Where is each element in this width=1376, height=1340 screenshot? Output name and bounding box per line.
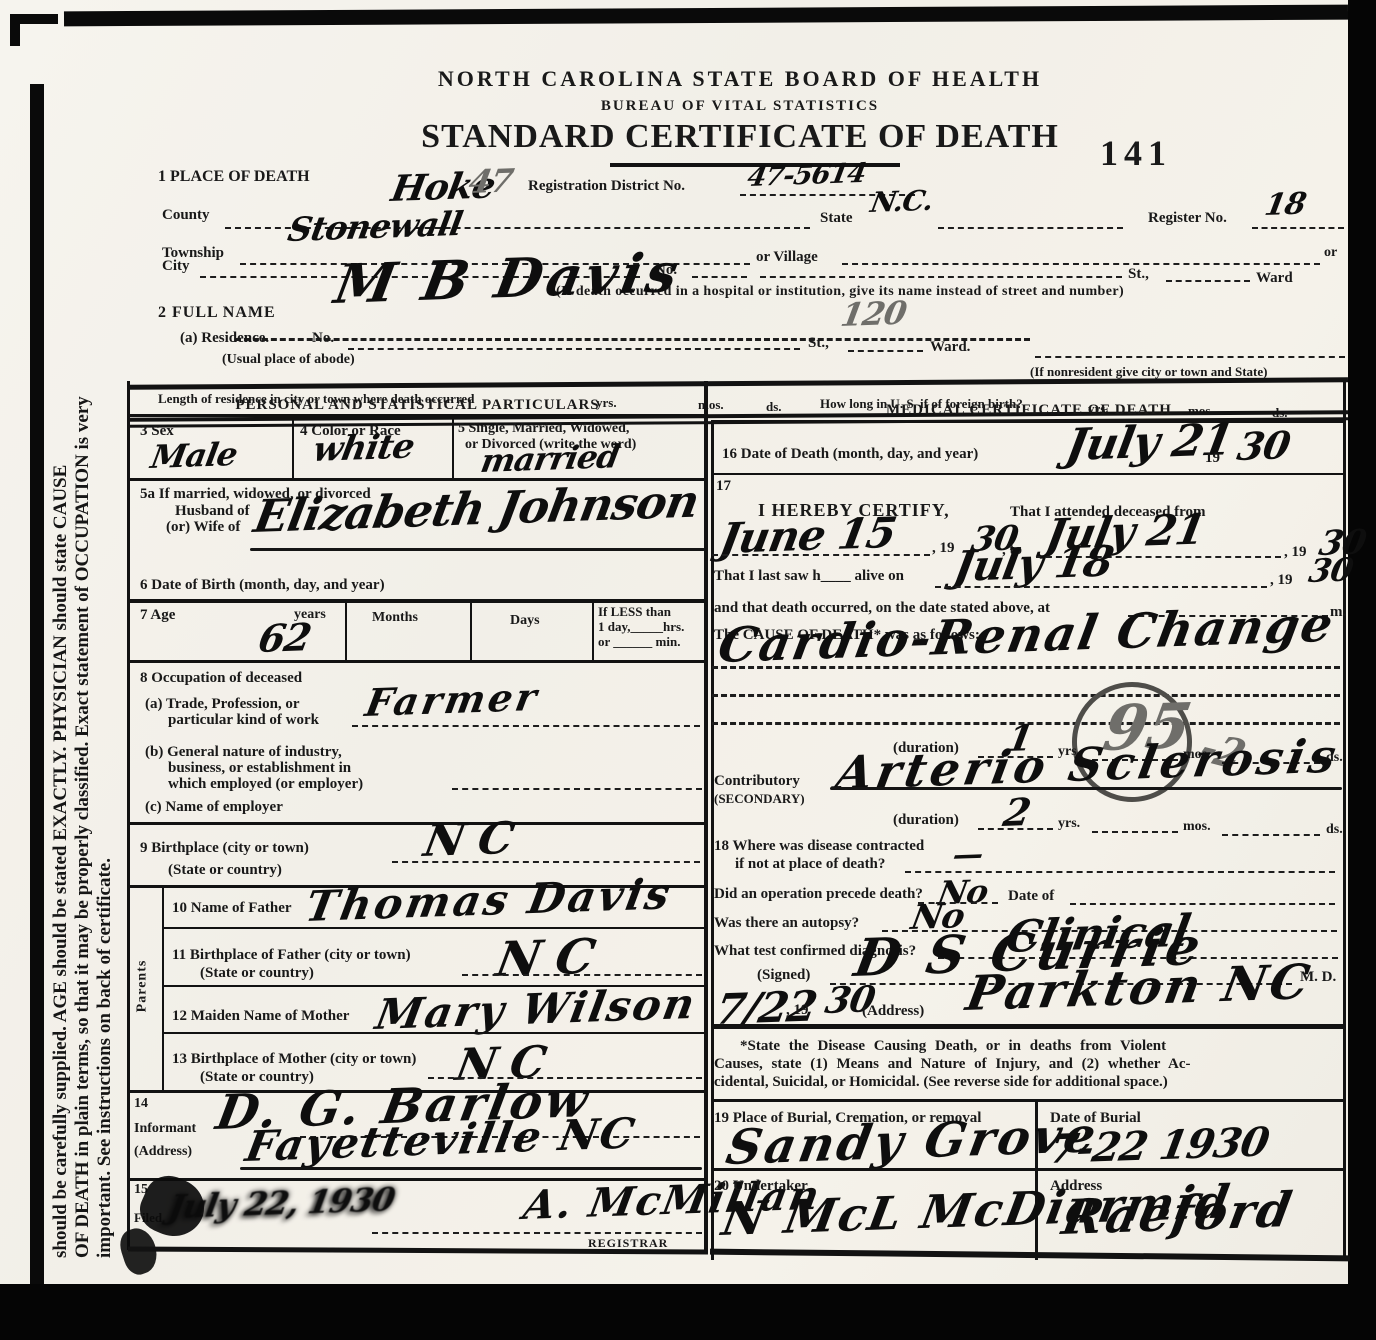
rule [128, 414, 706, 417]
dob-label: 6 Date of Birth (month, day, and year) [140, 577, 385, 594]
leader-line [760, 276, 1122, 278]
rule [128, 660, 706, 663]
age-less-label-3: or ______ min. [598, 634, 680, 650]
date-of-death-19: 19 [1205, 450, 1220, 467]
leader-line [935, 586, 1267, 588]
residence-ward-label: Ward. [930, 339, 970, 356]
secondary-label: (SECONDARY) [714, 791, 805, 807]
age-value: 62 [255, 614, 314, 661]
table-center-rule-a [704, 381, 708, 1253]
mother-name-label: 12 Maiden Name of Mother [172, 1008, 349, 1025]
rule [711, 420, 1345, 423]
table-right-border [1343, 381, 1346, 1261]
residence-label: (a) Residence. [180, 330, 269, 347]
from-19: , 19 [932, 540, 955, 557]
leader-line [235, 338, 1030, 341]
leader-line [1070, 903, 1335, 905]
to-19: , 19 [1284, 544, 1307, 561]
leader-line [712, 666, 1340, 669]
registration-district-value: 47-5614 [745, 158, 868, 193]
undertaker-address-value: Raeford [1058, 1182, 1298, 1246]
county-label: County [162, 207, 210, 224]
state-label: State [820, 210, 853, 227]
marital-value: married [478, 437, 622, 480]
occupation-a-label-2: particular kind of work [168, 712, 319, 729]
operation-label: Did an operation precede death? [714, 886, 923, 903]
scanned-death-certificate: should be carefully supplied. AGE should… [0, 0, 1376, 1340]
city-st-label: St., [1128, 266, 1149, 283]
full-name-value: M B Davis [330, 240, 687, 316]
rule [162, 1032, 706, 1034]
writing-line [250, 548, 705, 551]
item-17: 17 [716, 478, 731, 495]
marital-label-1: 5 Single, Married, Widowed, [458, 421, 629, 437]
cell-divider [470, 603, 472, 660]
rule [128, 822, 706, 825]
leader-line [1222, 834, 1320, 836]
age-less-label-2: 1 day,_____hrs. [598, 619, 684, 635]
contributory-label: Contributory [714, 773, 800, 790]
residence-no-label: No. [312, 330, 334, 347]
cell-divider [345, 603, 347, 660]
occupation-c-label: (c) Name of employer [145, 799, 283, 816]
city-ward-label: Ward [1256, 270, 1293, 287]
father-name-label: 10 Name of Father [172, 900, 292, 917]
margin-line-1: should be carefully supplied. AGE should… [50, 68, 72, 1258]
margin-line-2: OF DEATH in plain terms, so that it may … [72, 68, 94, 1258]
leader-line [938, 227, 1123, 229]
cell-divider [452, 417, 454, 478]
father-birthplace-sub: (State or country) [200, 965, 314, 982]
footnote-line-2: Causes, state (1) Means and Nature of In… [714, 1056, 1191, 1073]
or-village-label: or Village [756, 249, 818, 266]
rule [711, 1099, 1345, 1102]
last-saw-year-value: 30 [1306, 551, 1356, 590]
leader-line [348, 348, 800, 350]
leader-line [452, 788, 702, 790]
informant-number: 14 [134, 1096, 148, 1112]
or-fragment: or [1324, 245, 1337, 261]
place-of-death-label: 1 PLACE OF DEATH [158, 168, 310, 186]
age-months-label: Months [372, 610, 418, 626]
race-value: white [310, 427, 417, 470]
table-left-border [127, 381, 130, 1250]
writing-line [240, 1167, 702, 1170]
leader-line [372, 1232, 702, 1234]
spouse-label-2: Husband of [175, 503, 250, 520]
leader-line [712, 554, 930, 556]
heavy-rule [128, 599, 706, 603]
register-no-label: Register No. [1148, 210, 1227, 227]
q18-label-1: 18 Where was disease contracted [714, 838, 924, 855]
leader-line [842, 263, 1320, 265]
parents-divider [162, 888, 164, 1090]
last-saw-19: , 19 [1270, 572, 1293, 589]
informant-address-label: (Address) [134, 1144, 192, 1160]
occupation-value: Farmer [362, 674, 543, 725]
certificate-title: STANDARD CERTIFICATE OF DEATH [300, 118, 1180, 156]
leader-line [978, 828, 1053, 830]
birthplace-value: N C [420, 813, 517, 867]
leader-line [392, 861, 700, 863]
father-birthplace-label: 11 Birthplace of Father (city or town) [172, 947, 411, 964]
full-name-pencil-note: 120 [838, 294, 909, 334]
operation-date-label: Date of [1008, 888, 1054, 905]
parents-label: Parents [134, 960, 150, 1013]
age-less-label-1: If LESS than [598, 604, 671, 620]
footnote-line-3: cidental, Suicidal, or Homicidal. (See r… [714, 1074, 1168, 1091]
autopsy-label: Was there an autopsy? [714, 915, 859, 932]
father-birthplace-value: N C [492, 929, 598, 988]
leader-line [848, 350, 923, 352]
age-label: 7 Age [140, 607, 175, 624]
city-label: City [162, 258, 190, 275]
registration-district-label: Registration District No. [528, 178, 685, 195]
mother-birthplace-label: 13 Birthplace of Mother (city or town) [172, 1051, 416, 1068]
rule [711, 473, 1345, 475]
leader-line [1035, 356, 1345, 358]
medical-section-title: MEDICAL CERTIFICATE OF DEATH [714, 402, 1344, 419]
birthplace-sub-label: (State or country) [168, 862, 282, 879]
last-saw-value: July 18 [950, 537, 1117, 591]
last-saw-label: That I last saw h____ alive on [714, 568, 904, 585]
township-value: Stonewall [285, 204, 465, 249]
leader-line [712, 694, 1340, 697]
leader-line [1252, 227, 1344, 229]
sex-value: Male [148, 435, 240, 476]
occupation-a-label-1: (a) Trade, Profession, or [145, 696, 300, 713]
full-name-label: 2 FULL NAME [158, 304, 276, 322]
residence-st-label: St., [808, 335, 829, 352]
certificate-number: 141 [1100, 132, 1172, 174]
cell-divider [292, 417, 294, 478]
age-days-label: Days [510, 613, 540, 629]
leader-line [352, 725, 700, 727]
cell-divider [592, 603, 594, 660]
occupation-b-label-1: (b) General nature of industry, [145, 744, 342, 761]
margin-instructions: should be carefully supplied. AGE should… [50, 68, 116, 1258]
leader-line [1166, 280, 1250, 282]
duration2-yrs: yrs. [1058, 816, 1080, 832]
abode-note: (Usual place of abode) [222, 352, 355, 368]
rule [162, 927, 706, 929]
q18-label-2: if not at place of death? [735, 856, 885, 873]
leader-line [462, 974, 702, 976]
spouse-label-3: (or) Wife of [166, 519, 240, 536]
header-board: NORTH CAROLINA STATE BOARD OF HEALTH [330, 66, 1150, 92]
duration2-mos: mos. [1183, 819, 1211, 835]
informant-label: Informant [134, 1121, 196, 1137]
leader-line [692, 276, 747, 278]
birthplace-label: 9 Birthplace (city or town) [140, 840, 309, 857]
margin-line-3: important. See instructions on back of c… [94, 68, 116, 1258]
occupation-b-label-2: business, or establishment in [168, 760, 351, 777]
occupation-b-label-3: which employed (or employer) [168, 776, 363, 793]
leader-line [1092, 831, 1178, 833]
register-no-value: 18 [1262, 187, 1308, 223]
rule [711, 1168, 1345, 1171]
header-bureau: BUREAU OF VITAL STATISTICS [330, 98, 1150, 115]
scan-left-strip [30, 84, 44, 1284]
date-of-death-label: 16 Date of Death (month, day, and year) [722, 446, 978, 463]
burial-date-value: 7-22 1930 [1046, 1118, 1272, 1173]
footnote-line-1: *State the Disease Causing Death, or in … [740, 1038, 1166, 1055]
physician-address-label: (Address) [862, 1003, 924, 1020]
county-code-pencil: 47 [466, 162, 516, 201]
heavy-rule [711, 1024, 1345, 1029]
occupation-label: 8 Occupation of deceased [140, 670, 302, 687]
signature-date-19: , 19 [786, 1002, 809, 1019]
state-value: N.C. [868, 184, 935, 219]
duration2-ds: ds. [1326, 822, 1343, 838]
duration2-label: (duration) [893, 812, 959, 829]
scan-corner-mark-v [10, 14, 20, 46]
writing-line [830, 787, 1342, 790]
personal-section-title: PERSONAL AND STATISTICAL PARTICULARS [130, 397, 705, 414]
date-of-death-year: 30 [1234, 422, 1293, 469]
